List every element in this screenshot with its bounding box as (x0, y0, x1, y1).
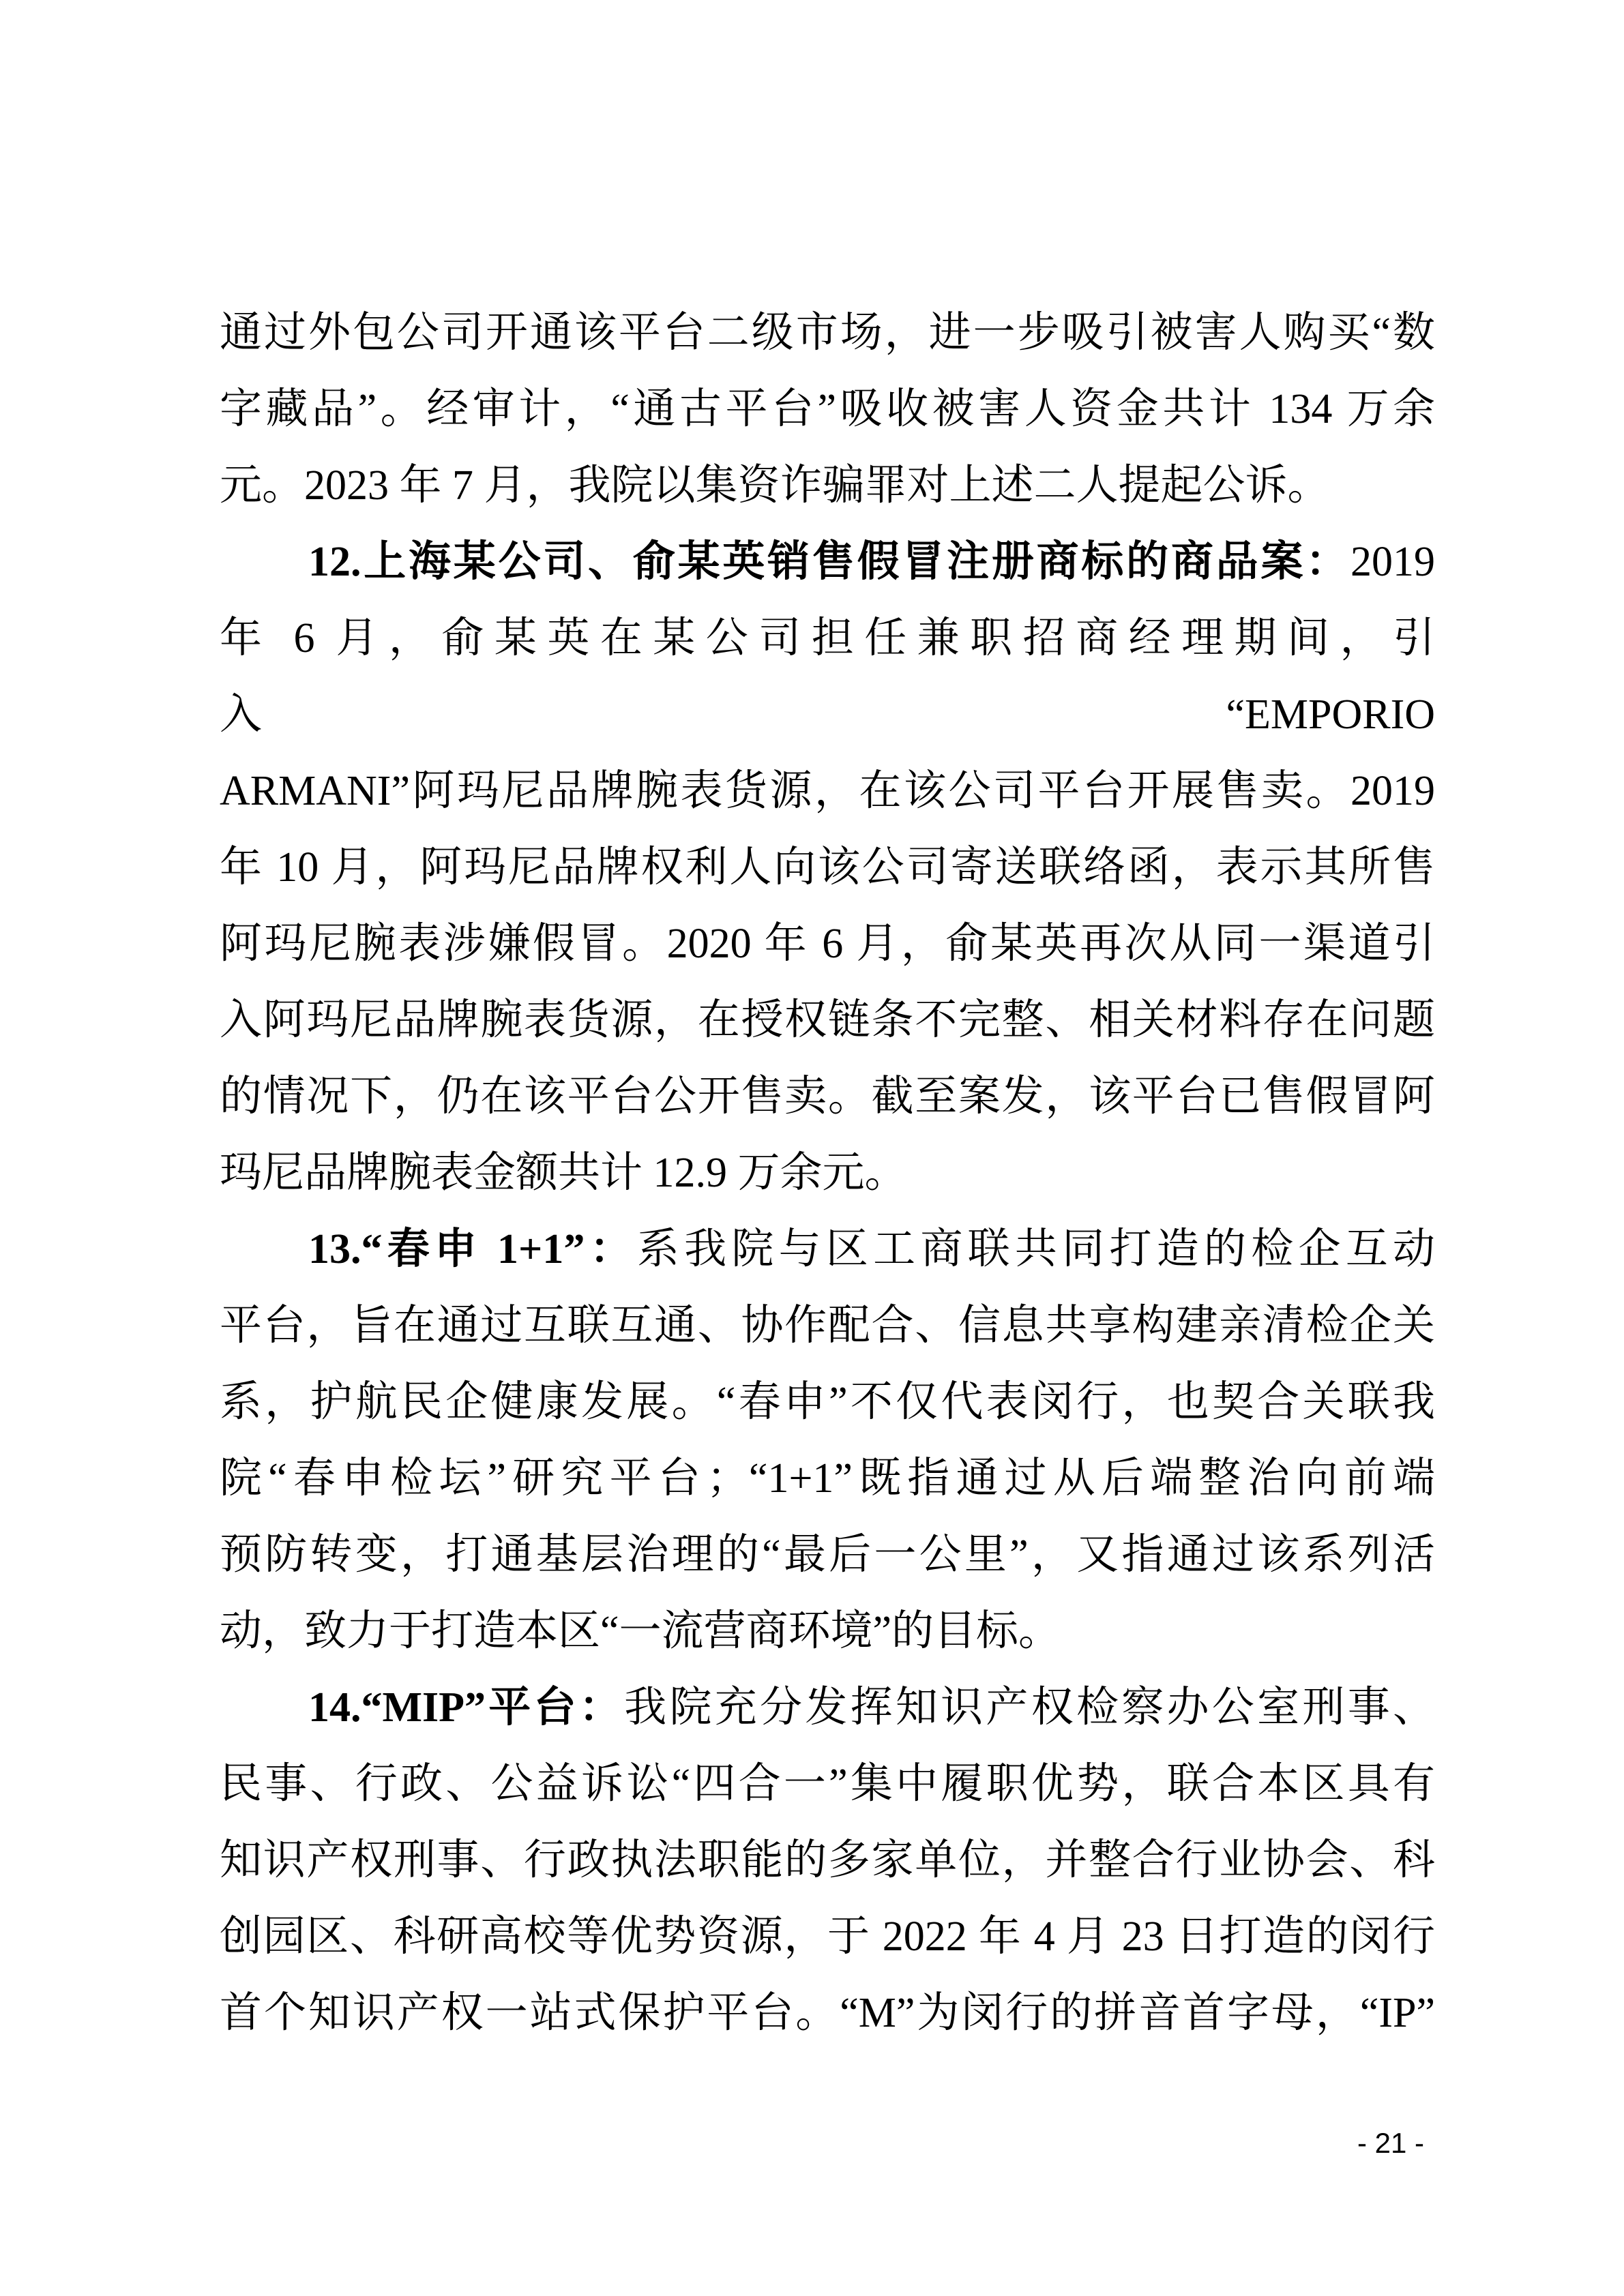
text-line: 创园区、科研高校等优势资源，于 2022 年 4 月 23 日打造的闵行 (220, 1898, 1435, 1975)
text-line: 院“春申检坛”研究平台；“1+1”既指通过从后端整治向前端 (220, 1440, 1435, 1517)
body-text: 年 10 月，阿玛尼品牌权利人向该公司寄送联络函，表示其所售 (220, 844, 1435, 891)
text-line: 的情况下，仍在该平台公开售卖。截至案发，该平台已售假冒阿 (220, 1058, 1435, 1135)
body-text: 2019 (1350, 539, 1435, 585)
body-text: 玛尼品牌腕表金额共计 12.9 万余元。 (220, 1150, 907, 1196)
paragraph: 通过外包公司开通该平台二级市场，进一步吸引被害人购买“数字藏品”。经审计，“通古… (220, 295, 1435, 524)
text-line: 入阿玛尼品牌腕表货源，在授权链条不完整、相关材料存在问题 (220, 982, 1435, 1058)
text-line: 预防转变，打通基层治理的“最后一公里”，又指通过该系列活 (220, 1517, 1435, 1593)
body-text: 首个知识产权一站式保护平台。“M”为闵行的拼音首字母，“IP” (220, 1990, 1435, 2036)
body-text: 的情况下，仍在该平台公开售卖。截至案发，该平台已售假冒阿 (220, 1073, 1435, 1120)
text-line: 平台，旨在通过互联互通、协作配合、信息共享构建亲清检企关 (220, 1287, 1435, 1364)
text-line: 系，护航民企健康发展。“春申”不仅代表闵行，也契合关联我 (220, 1364, 1435, 1440)
case-heading-text: 13.“春申 1+1”： (308, 1226, 637, 1272)
text-line: 年 10 月，阿玛尼品牌权利人向该公司寄送联络函，表示其所售 (220, 829, 1435, 906)
text-line: 通过外包公司开通该平台二级市场，进一步吸引被害人购买“数 (220, 295, 1435, 371)
body-text: 字藏品”。经审计，“通古平台”吸收被害人资金共计 134 万余 (220, 386, 1435, 432)
body-text: ARMANI”阿玛尼品牌腕表货源，在该公司平台开展售卖。2019 (220, 768, 1435, 814)
paragraph: 12.上海某公司、俞某英销售假冒注册商标的商品案：2019年 6 月，俞某英在某… (220, 524, 1435, 1211)
text-line: 动，致力于打造本区“一流营商环境”的目标。 (220, 1593, 1435, 1669)
text-line: 13.“春申 1+1”：系我院与区工商联共同打造的检企互动 (220, 1211, 1435, 1287)
text-line: 元。2023 年 7 月，我院以集资诈骗罪对上述二人提起公诉。 (220, 447, 1435, 524)
text-line: 12.上海某公司、俞某英销售假冒注册商标的商品案：2019 (220, 524, 1435, 600)
body-text: 元。2023 年 7 月，我院以集资诈骗罪对上述二人提起公诉。 (220, 462, 1330, 509)
body-text: 我院充分发挥知识产权检察办公室刑事、 (624, 1684, 1435, 1731)
body-text: 动，致力于打造本区“一流营商环境”的目标。 (220, 1608, 1061, 1654)
body-text: 院“春申检坛”研究平台；“1+1”既指通过从后端整治向前端 (220, 1455, 1435, 1502)
text-line: 首个知识产权一站式保护平台。“M”为闵行的拼音首字母，“IP” (220, 1975, 1435, 2051)
document-body: 通过外包公司开通该平台二级市场，进一步吸引被害人购买“数字藏品”。经审计，“通古… (220, 295, 1435, 2051)
body-text: 系，护航民企健康发展。“春申”不仅代表闵行，也契合关联我 (220, 1379, 1435, 1425)
body-text: 知识产权刑事、行政执法职能的多家单位，并整合行业协会、科 (220, 1837, 1435, 1883)
text-line: 阿玛尼腕表涉嫌假冒。2020 年 6 月，俞某英再次从同一渠道引 (220, 906, 1435, 982)
case-heading-text: 12.上海某公司、俞某英销售假冒注册商标的商品案： (308, 539, 1350, 585)
text-line: 民事、行政、公益诉讼“四合一”集中履职优势，联合本区具有 (220, 1746, 1435, 1822)
text-line: 知识产权刑事、行政执法职能的多家单位，并整合行业协会、科 (220, 1822, 1435, 1898)
body-text: 平台，旨在通过互联互通、协作配合、信息共享构建亲清检企关 (220, 1302, 1435, 1349)
body-text: 阿玛尼腕表涉嫌假冒。2020 年 6 月，俞某英再次从同一渠道引 (220, 921, 1435, 967)
body-text: 通过外包公司开通该平台二级市场，进一步吸引被害人购买“数 (220, 310, 1435, 356)
paragraph: 14.“MIP”平台：我院充分发挥知识产权检察办公室刑事、民事、行政、公益诉讼“… (220, 1669, 1435, 2051)
body-text: 系我院与区工商联共同打造的检企互动 (637, 1226, 1435, 1272)
text-line: 玛尼品牌腕表金额共计 12.9 万余元。 (220, 1135, 1435, 1211)
page-number: - 21 - (1333, 2126, 1449, 2160)
text-line: 字藏品”。经审计，“通古平台”吸收被害人资金共计 134 万余 (220, 371, 1435, 447)
body-text: 民事、行政、公益诉讼“四合一”集中履职优势，联合本区具有 (220, 1761, 1435, 1807)
case-heading-text: 14.“MIP”平台： (308, 1684, 624, 1731)
text-line: ARMANI”阿玛尼品牌腕表货源，在该公司平台开展售卖。2019 (220, 753, 1435, 829)
text-line: 14.“MIP”平台：我院充分发挥知识产权检察办公室刑事、 (220, 1669, 1435, 1746)
body-text: 入阿玛尼品牌腕表货源，在授权链条不完整、相关材料存在问题 (220, 997, 1435, 1043)
body-text: 年 6 月，俞某英在某公司担任兼职招商经理期间，引入“EMPORIO (220, 615, 1435, 738)
body-text: 预防转变，打通基层治理的“最后一公里”，又指通过该系列活 (220, 1532, 1435, 1578)
document-page: 通过外包公司开通该平台二级市场，进一步吸引被害人购买“数字藏品”。经审计，“通古… (0, 0, 1624, 2296)
paragraph: 13.“春申 1+1”：系我院与区工商联共同打造的检企互动平台，旨在通过互联互通… (220, 1211, 1435, 1669)
body-text: 创园区、科研高校等优势资源，于 2022 年 4 月 23 日打造的闵行 (220, 1913, 1435, 1960)
text-line: 年 6 月，俞某英在某公司担任兼职招商经理期间，引入“EMPORIO (220, 600, 1435, 753)
